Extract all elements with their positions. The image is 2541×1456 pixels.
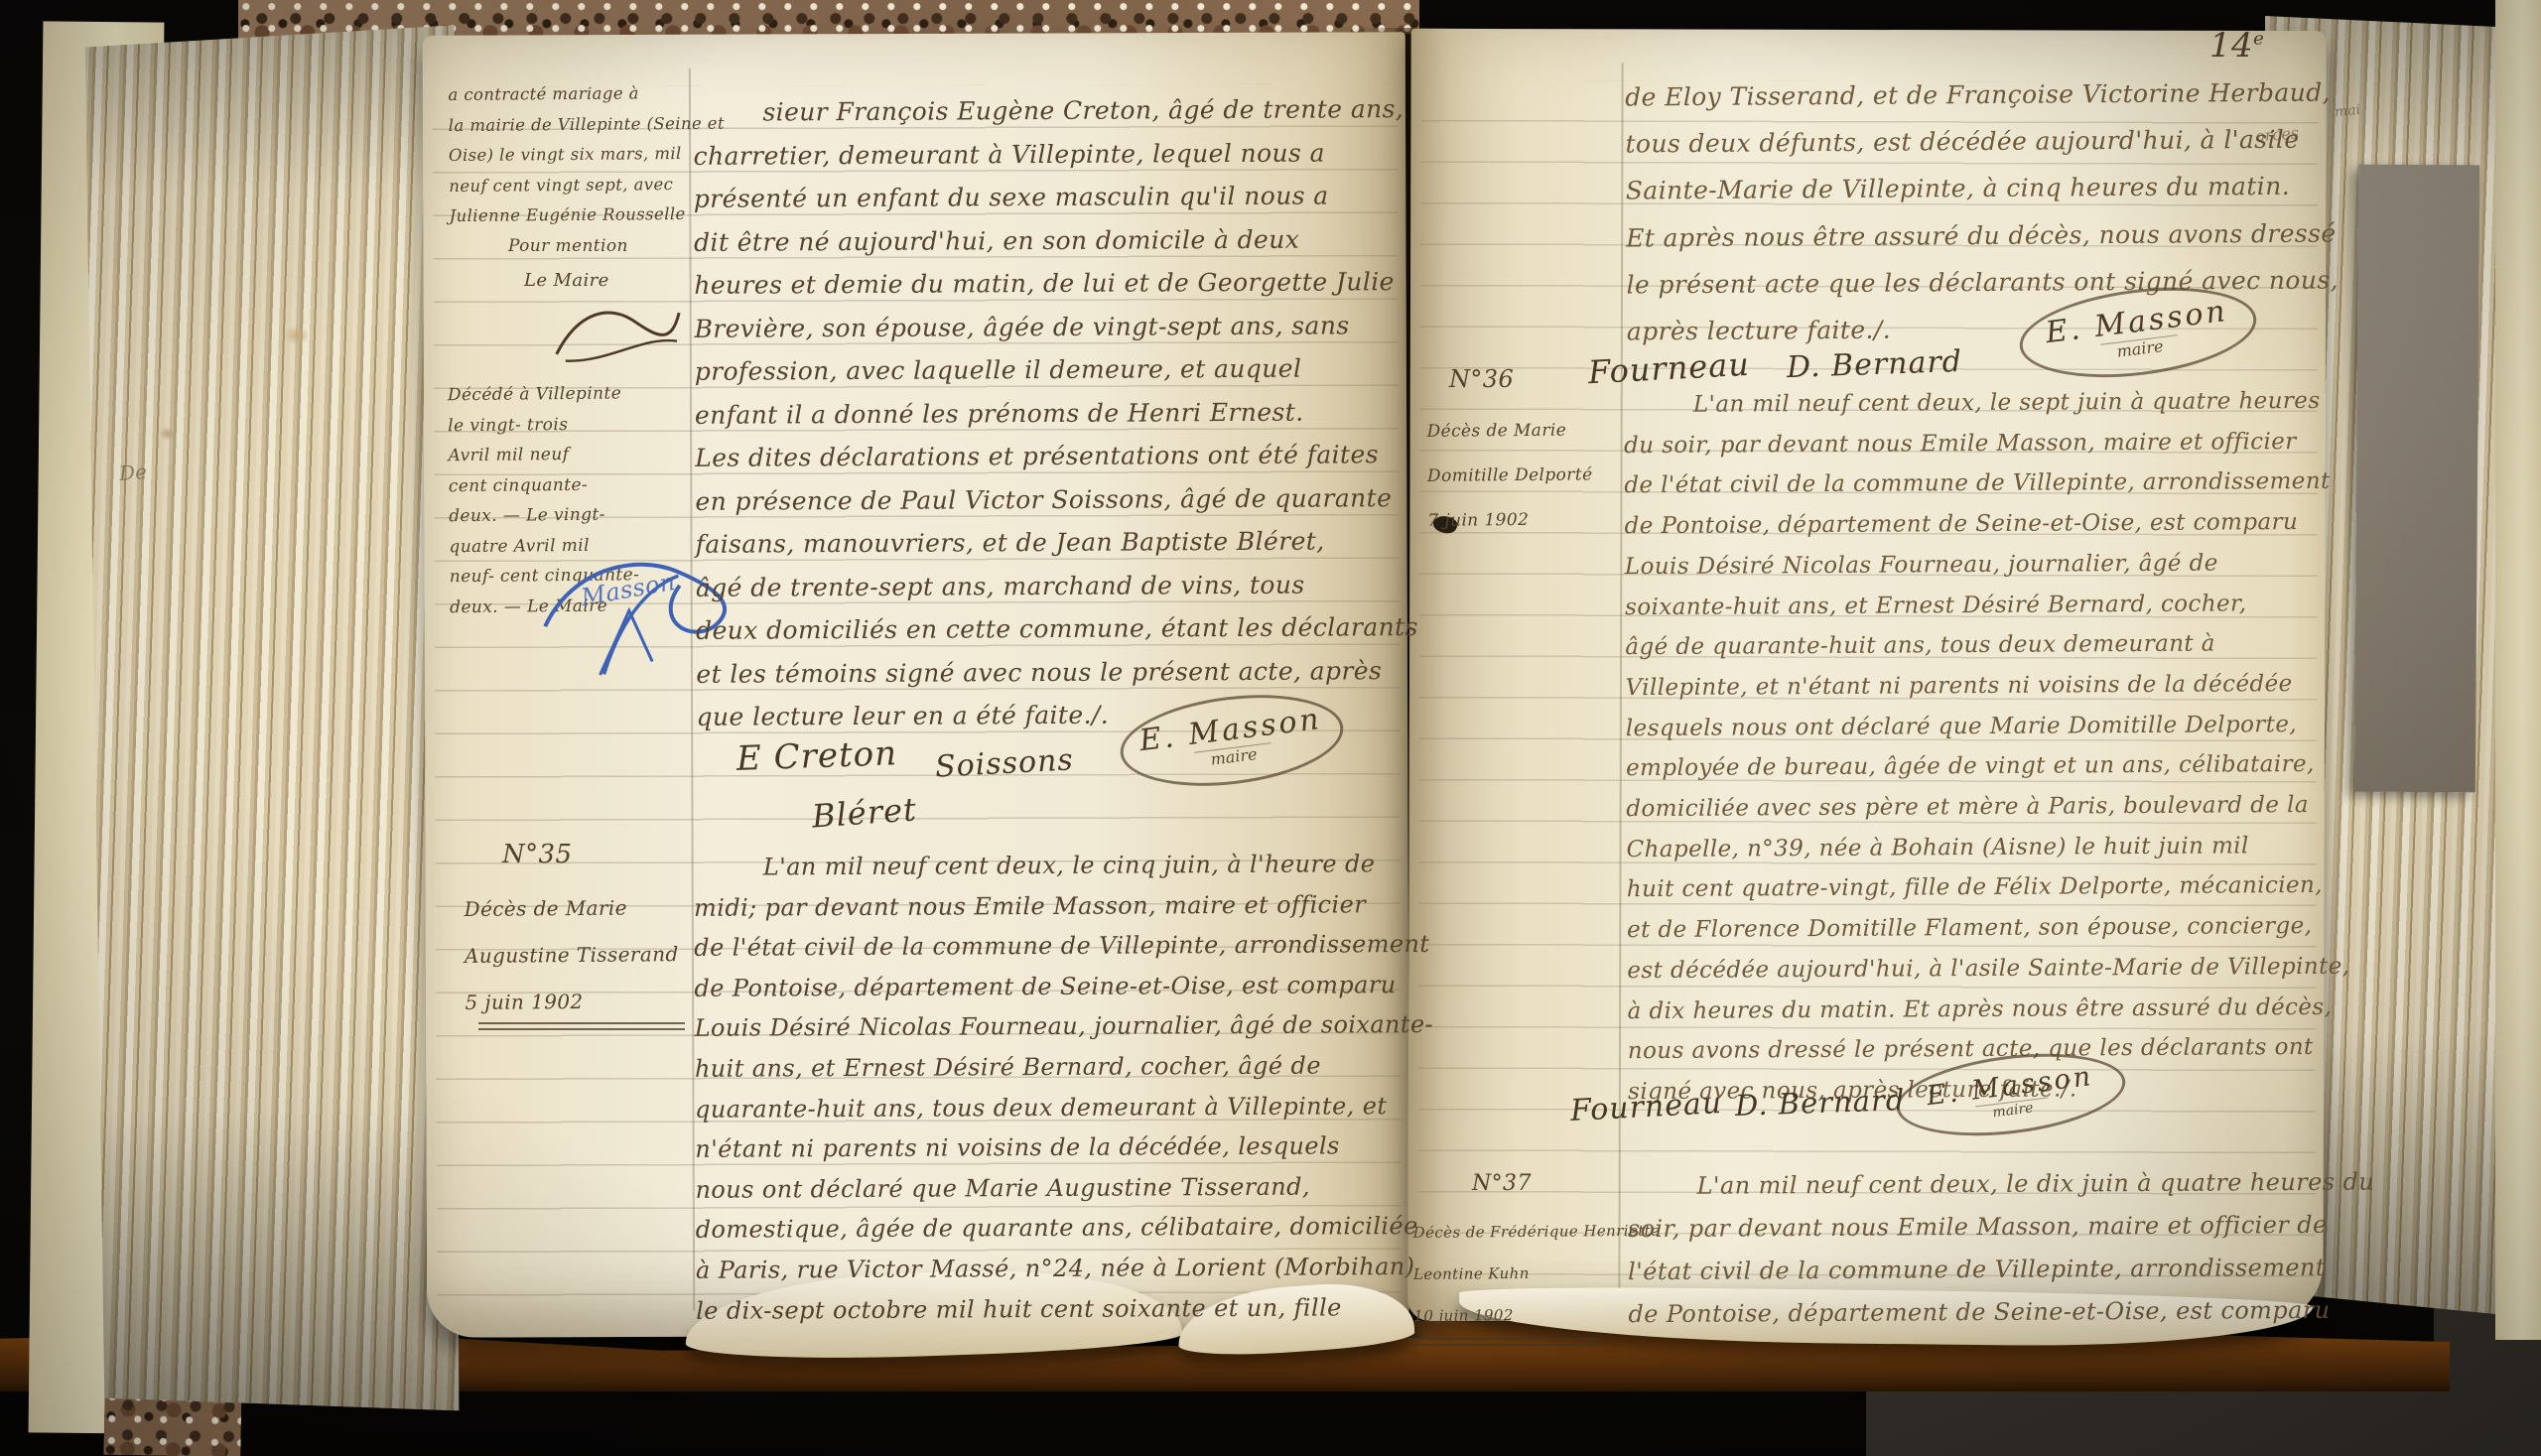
handwritten-line: heures et demie du matin, de lui et de G… — [694, 260, 1395, 307]
entry36-number: N°36 — [1449, 365, 1514, 393]
signature-creton: E Creton — [736, 733, 897, 779]
handwritten-line: Décès de Marie — [1426, 408, 1615, 455]
handwritten-line: de Pontoise, département de Seine-et-Ois… — [694, 965, 1395, 1008]
handwritten-line: Augustine Tisserand — [465, 931, 693, 980]
handwritten-line: deux. — Le vingt- — [449, 499, 687, 532]
paper-stain — [284, 326, 310, 345]
handwritten-line: n'étant ni parents ni voisins de la décé… — [695, 1125, 1396, 1169]
register-photo: a contracté mariage àla mairie de Villep… — [0, 0, 2541, 1456]
handwritten-line: et les témoins signé avec nous le présen… — [696, 649, 1397, 696]
entry35-number: N°35 — [502, 840, 572, 869]
handwritten-line: deux domiciliés en cette commune, étant … — [696, 605, 1397, 652]
page-number-suffix: e — [2253, 29, 2264, 50]
edge-fragment-left: De — [118, 460, 147, 485]
handwritten-line: le vingt- trois — [448, 408, 686, 441]
handwritten-line: Avril mil neuf — [448, 439, 686, 471]
birth-act-text: sieur François Eugène Creton, âgé de tre… — [693, 87, 1397, 738]
entry35-body-left: L'an mil neuf cent deux, le cinq juin, à… — [694, 844, 1398, 1331]
handwritten-line: âgé de trente-sept ans, marchand de vins… — [696, 563, 1397, 609]
handwritten-line: à dix heures du matin. Et après nous êtr… — [1627, 987, 2336, 1031]
handwritten-line: Et après nous être assuré du décès, nous… — [1626, 209, 2333, 261]
handwritten-line: Julienne Eugénie Rousselle — [449, 199, 687, 232]
handwritten-line: midi; par devant nous Emile Masson, mair… — [694, 884, 1395, 928]
handwritten-line: de l'état civil de la commune de Villepi… — [694, 924, 1395, 968]
handwritten-line: L'an mil neuf cent deux, le dix juin à q… — [1627, 1161, 2338, 1208]
handwritten-line: Oise) le vingt six mars, mil — [449, 139, 687, 172]
margin-note-marriage-mention: Pour mention — [508, 236, 628, 256]
handwritten-line: Leontine Kuhn — [1413, 1252, 1622, 1295]
handwritten-line: tous deux défunts, est décédée aujourd'h… — [1625, 116, 2332, 168]
handwritten-line: Brevière, son épouse, âgée de vingt-sept… — [694, 304, 1395, 350]
page-number-value: 14 — [2209, 26, 2253, 66]
handwritten-line: 5 juin 1902 — [465, 978, 693, 1026]
handwritten-line: âgé de quarante-huit ans, tous deux deme… — [1625, 623, 2334, 668]
handwritten-line: huit ans, et Ernest Désiré Bernard, coch… — [695, 1045, 1396, 1089]
handwritten-line: soir, par devant nous Emile Masson, mair… — [1628, 1204, 2339, 1251]
left-page-edges-stack — [85, 25, 460, 1411]
entry37-margin: Décès de Frédérique HenrietteLeontine Ku… — [1412, 1210, 1622, 1337]
handwritten-line: profession, avec laquelle il demeure, et… — [695, 346, 1396, 393]
signature-bleret: Bléret — [811, 790, 918, 835]
handwritten-line: de l'état civil de la commune de Villepi… — [1624, 462, 2333, 506]
handwritten-line: faisans, manouvriers, et de Jean Baptist… — [696, 519, 1397, 566]
right-cover-board — [2495, 0, 2541, 1340]
margin-note-marriage: a contracté mariage àla mairie de Villep… — [448, 78, 687, 232]
handwritten-line: dit être né aujourd'hui, en son domicile… — [694, 217, 1395, 264]
handwritten-line: l'état civil de la commune de Villepinte… — [1628, 1247, 2339, 1293]
handwritten-line: 7 juin 1902 — [1427, 497, 1616, 544]
handwritten-line: et de Florence Domitille Flament, son ép… — [1627, 906, 2336, 951]
handwritten-line: Sainte-Marie de Villepinte, à cinq heure… — [1626, 163, 2333, 214]
signature-soissons: Soissons — [934, 742, 1074, 784]
handwritten-line: Louis Désiré Nicolas Fourneau, journalie… — [1625, 543, 2334, 588]
handwritten-line: neuf cent vingt sept, avec — [449, 169, 687, 201]
handwritten-line: L'an mil neuf cent deux, le sept juin à … — [1624, 381, 2333, 426]
entry37-margin-underline — [1409, 1338, 1602, 1346]
handwritten-line: Villepinte, et n'étant ni parents ni voi… — [1626, 664, 2335, 709]
handwritten-line: a contracté mariage à — [448, 78, 686, 111]
handwritten-line: lesquels nous ont déclaré que Marie Domi… — [1626, 704, 2335, 748]
edge-fragment-right: orces — [2254, 123, 2299, 146]
handwritten-line: employée de bureau, âgée de vingt et un … — [1626, 744, 2335, 789]
handwritten-line: la mairie de Villepinte (Seine et — [449, 108, 687, 141]
entry37-body: L'an mil neuf cent deux, le dix juin à q… — [1627, 1161, 2339, 1336]
entry35-margin-underline — [478, 1022, 685, 1030]
handwritten-line: de Eloy Tisserand, et de Françoise Victo… — [1625, 69, 2332, 121]
handwritten-line: enfant il a donné les prénoms de Henri E… — [695, 390, 1396, 437]
handwritten-line: quarante-huit ans, tous deux demeurant à… — [695, 1086, 1396, 1129]
entry37-number: N°37 — [1472, 1171, 1532, 1196]
page-number: 14e — [2209, 26, 2264, 66]
handwritten-line: est décédée aujourd'hui, à l'asile Saint… — [1627, 947, 2336, 992]
handwritten-line: cent cinquante- — [449, 468, 687, 501]
handwritten-line: domestique, âgée de quarante ans, céliba… — [696, 1206, 1397, 1250]
handwritten-line: à Paris, rue Victor Massé, n°24, née à L… — [696, 1247, 1397, 1290]
entry35-margin: Décès de MarieAugustine Tisserand5 juin … — [464, 884, 693, 1026]
handwritten-line: domiciliée avec ses père et mère à Paris… — [1626, 785, 2335, 830]
handwritten-line: le dix-sept octobre mil huit cent soixan… — [696, 1287, 1397, 1331]
handwritten-line: Chapelle, n°39, née à Bohain (Aisne) le … — [1627, 826, 2336, 870]
handwritten-line: Louis Désiré Nicolas Fourneau, journalie… — [695, 1005, 1396, 1049]
handwritten-line: 10 juin 1902 — [1413, 1293, 1622, 1337]
handwritten-line: présenté un enfant du sexe masculin qu'i… — [694, 174, 1395, 220]
handwritten-line: de Pontoise, département de Seine-et-Ois… — [1625, 502, 2334, 547]
handwritten-line: Domitille Delporté — [1427, 453, 1616, 499]
edge-fragment-right-small: mai — [2334, 102, 2361, 121]
handwritten-line: du soir, par devant nous Emile Masson, m… — [1624, 422, 2333, 466]
entry36-body: L'an mil neuf cent deux, le sept juin à … — [1624, 381, 2337, 1113]
paper-stain-small — [159, 427, 177, 441]
handwritten-line: nous ont déclaré que Marie Augustine Tis… — [695, 1166, 1396, 1210]
handwritten-line: en présence de Paul Victor Soissons, âgé… — [695, 476, 1396, 523]
handwritten-line: Les dites déclarations et présentations … — [695, 433, 1396, 479]
margin-note-marriage-signer: Le Maire — [524, 270, 609, 291]
signature-bernard-2: D. Bernard — [1734, 1083, 1905, 1123]
handwritten-line: huit cent quatre-vingt, fille de Félix D… — [1627, 865, 2336, 910]
handwritten-line: soixante-huit ans, et Ernest Désiré Bern… — [1625, 583, 2334, 627]
handwritten-line: charretier, demeurant à Villepinte, lequ… — [694, 131, 1395, 178]
handwritten-line: Décès de Marie — [464, 884, 692, 933]
grey-blotter-card — [2354, 165, 2479, 793]
handwritten-line: Décès de Frédérique Henriette — [1412, 1210, 1621, 1254]
signature-bernard-1: D. Bernard — [1786, 344, 1962, 385]
handwritten-line: de Pontoise, département de Seine-et-Ois… — [1628, 1289, 2339, 1336]
handwritten-line: L'an mil neuf cent deux, le cinq juin, à… — [694, 844, 1395, 887]
entry36-margin: Décès de MarieDomitille Delporté7 juin 1… — [1426, 408, 1616, 544]
handwritten-line: Décédé à Villepinte — [448, 378, 686, 411]
handwritten-line: sieur François Eugène Creton, âgé de tre… — [693, 87, 1394, 134]
